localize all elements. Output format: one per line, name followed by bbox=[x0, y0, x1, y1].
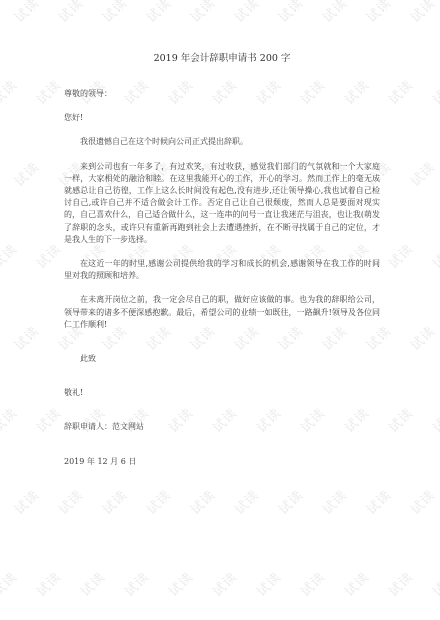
document-title: 2019 年会计辞职申请书 200 字 bbox=[64, 50, 380, 64]
watermark-text: 试读 bbox=[339, 567, 372, 600]
closing-jingli: 敬礼! bbox=[64, 387, 380, 399]
watermark-text: 试读 bbox=[141, 485, 174, 518]
paragraph-1: 我很遗憾自己在这个时候向公司正式提出辞职。 bbox=[64, 136, 380, 148]
watermark-text: 试读 bbox=[229, 485, 262, 518]
watermark-text: 试读 bbox=[317, 485, 350, 518]
watermark-text: 试读 bbox=[119, 567, 152, 600]
watermark-text: 试读 bbox=[75, 567, 108, 600]
letter-content: 2019 年会计辞职申请书 200 字 尊敬的领导： 您好! 我很遗憾自己在这个… bbox=[0, 0, 440, 468]
paragraph-2: 来到公司也有一年多了，有过欢笑，有过收获，感觉我们部门的气氛就和一个大家庭一样，… bbox=[64, 161, 380, 246]
watermark-text: 试读 bbox=[207, 567, 240, 600]
paragraph-3: 在这近一年的时里,感谢公司提供给我的学习和成长的机会,感谢领导在我工作的时间里对… bbox=[64, 258, 380, 282]
watermark-text: 试读 bbox=[185, 485, 218, 518]
paragraph-4: 在未离开岗位之前，我一定会尽自己的职，做好应该做的事。也为我的辞职给公司，领导带… bbox=[64, 294, 380, 331]
watermark-text: 试读 bbox=[0, 567, 21, 600]
watermark-text: 试读 bbox=[295, 567, 328, 600]
closing-cizhi: 此致 bbox=[64, 353, 380, 365]
watermark-text: 试读 bbox=[427, 567, 440, 600]
watermark-text: 试读 bbox=[273, 485, 306, 518]
salutation: 尊敬的领导： bbox=[64, 88, 380, 100]
watermark-text: 试读 bbox=[31, 567, 64, 600]
document-page: 试读试读试读试读试读试读试读试读试读试读试读试读试读试读试读试读试读试读试读试读… bbox=[0, 0, 440, 620]
watermark-text: 试读 bbox=[163, 567, 196, 600]
watermark-text: 试读 bbox=[97, 485, 130, 518]
watermark-text: 试读 bbox=[405, 485, 438, 518]
signature: 辞职申请人：范文网站 bbox=[64, 421, 380, 433]
watermark-text: 试读 bbox=[251, 567, 284, 600]
watermark-text: 试读 bbox=[383, 567, 416, 600]
watermark-text: 试读 bbox=[53, 485, 86, 518]
greeting: 您好! bbox=[64, 112, 380, 124]
watermark-text: 试读 bbox=[9, 485, 42, 518]
date: 2019 年 12 月 6 日 bbox=[64, 456, 380, 468]
watermark-text: 试读 bbox=[361, 485, 394, 518]
